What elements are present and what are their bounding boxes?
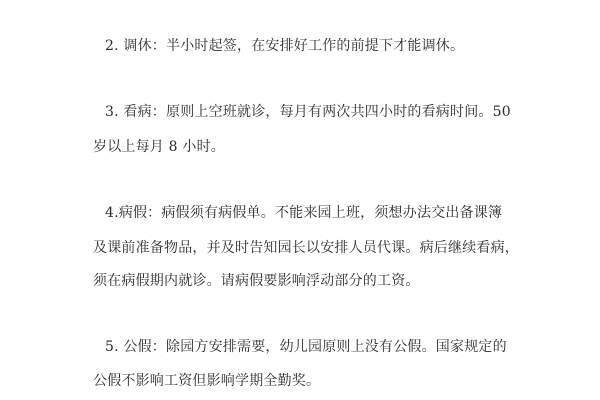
paragraph-line: 公假不影响工资但影响学期全勤奖。 [93, 372, 320, 390]
paragraph-line: 5. 公假：除园方安排需要，幼儿园原则上没有公假。国家规定的 [105, 338, 507, 356]
paragraph-line: 须在病假期内就诊。请病假要影响浮动部分的工资。 [93, 272, 420, 290]
paragraph-line: 岁以上每月 8 小时。 [93, 138, 225, 156]
paragraph-line: 3. 看病：原则上空班就诊，每月有两次共四小时的看病时间。50 [105, 103, 511, 121]
paragraph-line: 及课前准备物品，并及时告知园长以安排人员代课。病后继续看病， [93, 239, 519, 257]
paragraph-line: 4.病假：病假须有病假单。不能来园上班，须想办法交出备课簿 [105, 204, 502, 222]
paragraph-line: 2. 调休：半小时起签，在安排好工作的前提下才能调休。 [105, 37, 464, 55]
